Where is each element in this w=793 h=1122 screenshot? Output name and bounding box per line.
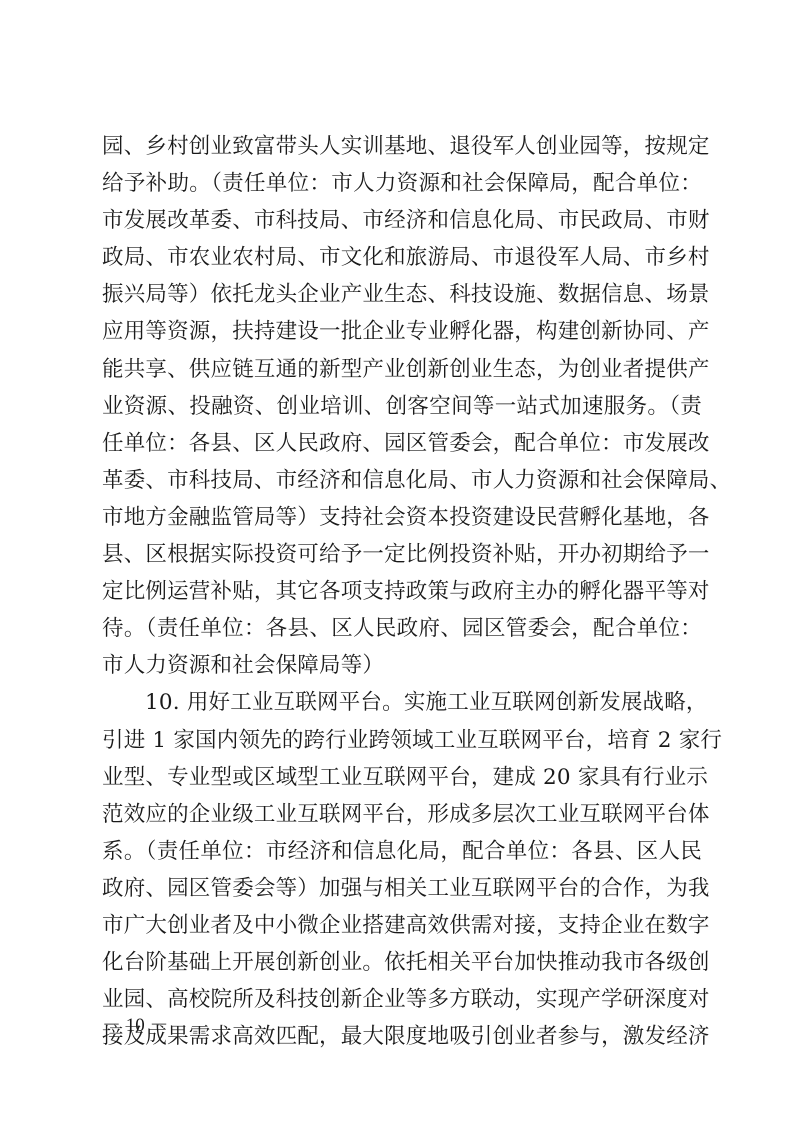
text-line: 园、乡村创业致富带头人实训基地、退役军人创业园等，按规定 (102, 128, 702, 165)
text-line: 业型、专业型或区域型工业互联网平台，建成 20 家具有行业示 (102, 759, 702, 796)
text-line: 业园、高校院所及科技创新企业等多方联动，实现产学研深度对 (102, 981, 702, 1018)
text-line: 应用等资源，扶持建设一批企业专业孵化器，构建创新协同、产 (102, 313, 702, 350)
text-line: 定比例运营补贴，其它各项支持政策与政府主办的孵化器平等对 (102, 573, 702, 610)
text-line: 系。（责任单位：市经济和信息化局，配合单位：各县、区人民 (102, 833, 702, 870)
text-line: 政府、园区管委会等）加强与相关工业互联网平台的合作，为我 (102, 870, 702, 907)
text-line: 政局、市农业农村局、市文化和旅游局、市退役军人局、市乡村 (102, 239, 702, 276)
document-page: 园、乡村创业致富带头人实训基地、退役军人创业园等，按规定 给予补助。（责任单位：… (0, 0, 793, 1122)
text-line: 市发展改革委、市科技局、市经济和信息化局、市民政局、市财 (102, 202, 702, 239)
text-line: 市广大创业者及中小微企业搭建高效供需对接，支持企业在数字 (102, 907, 702, 944)
text-line: 革委、市科技局、市经济和信息化局、市人力资源和社会保障局、 (102, 462, 702, 499)
text-line: 引进 1 家国内领先的跨行业跨领域工业互联网平台，培育 2 家行 (102, 722, 702, 759)
document-body: 园、乡村创业致富带头人实训基地、退役军人创业园等，按规定 给予补助。（责任单位：… (102, 128, 702, 1055)
text-line: 市地方金融监管局等）支持社会资本投资建设民营孵化基地，各 (102, 499, 702, 536)
text-line: 能共享、供应链互通的新型产业创新创业生态，为创业者提供产 (102, 351, 702, 388)
text-line: 待。（责任单位：各县、区人民政府、园区管委会，配合单位： (102, 610, 702, 647)
text-line: 振兴局等）依托龙头企业产业生态、科技设施、数据信息、场景 (102, 276, 702, 313)
page-number: － 10 － (102, 1013, 169, 1039)
section-heading-line: 10. 用好工业互联网平台。实施工业互联网创新发展战略， (102, 684, 702, 721)
text-line: 业资源、投融资、创业培训、创客空间等一站式加速服务。（责 (102, 388, 702, 425)
text-line: 范效应的企业级工业互联网平台，形成多层次工业互联网平台体 (102, 796, 702, 833)
text-line: 任单位：各县、区人民政府、园区管委会，配合单位：市发展改 (102, 425, 702, 462)
text-line: 化台阶基础上开展创新创业。依托相关平台加快推动我市各级创 (102, 944, 702, 981)
text-line: 市人力资源和社会保障局等） (102, 647, 702, 684)
text-line: 接及成果需求高效匹配，最大限度地吸引创业者参与，激发经济 (102, 1018, 702, 1055)
text-line: 县、区根据实际投资可给予一定比例投资补贴，开办初期给予一 (102, 536, 702, 573)
text-line: 给予补助。（责任单位：市人力资源和社会保障局，配合单位： (102, 165, 702, 202)
